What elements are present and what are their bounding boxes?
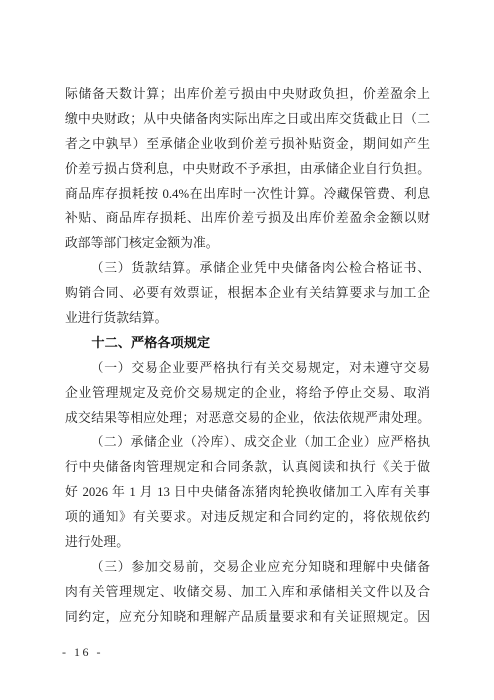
text-line: 企业管理规定及竞价交易规定的企业，将给予停止交易、取消 [65, 381, 430, 406]
text-line: （三）参加交易前，交易企业应充分知晓和理解中央储备 [65, 555, 430, 580]
text-line: （三）货款结算。承储企业凭中央储备肉公检合格证书、 [65, 256, 430, 281]
text-line: 者之中孰早）至承储企业收到价差亏损补贴资金，期间如产生 [65, 132, 430, 157]
text-block: 际储备天数计算；出库价差亏损由中央财政负担，价差盈余上缴中央财政；从中央储备肉实… [65, 82, 430, 630]
text-line: 行中央储备肉管理规定和合同条款，认真阅读和执行《关于做 [65, 455, 430, 480]
text-line: 同约定，应充分知晓和理解产品质量要求和有关证照规定。因 [65, 605, 430, 630]
text-line: 际储备天数计算；出库价差亏损由中央财政负担，价差盈余上 [65, 82, 430, 107]
text-line: 成交结果等相应处理；对恶意交易的企业，依法依规严肃处理。 [65, 406, 430, 431]
text-line: 进行处理。 [65, 530, 430, 555]
text-line: （二）承储企业（冷库）、成交企业（加工企业）应严格执 [65, 430, 430, 455]
text-line: 价差亏损占贷利息，中央财政不予承担，由承储企业自行负担。 [65, 157, 430, 182]
text-line: 好 2026 年 1 月 13 日中央储备冻猪肉轮换收储加工入库有关事 [65, 480, 430, 505]
section-heading: 十二、严格各项规定 [65, 331, 430, 356]
text-line: 商品库存损耗按 0.4%在出库时一次性计算。冷藏保管费、利息 [65, 182, 430, 207]
text-line: 政部等部门核定金额为准。 [65, 231, 430, 256]
text-line: 业进行货款结算。 [65, 306, 430, 331]
page-number: - 16 - [62, 645, 103, 660]
text-line: 项的通知》有关要求。对违反规定和合同约定的，将依规依约 [65, 505, 430, 530]
text-line: 购销合同、必要有效票证，根据本企业有关结算要求与加工企 [65, 281, 430, 306]
text-line: （一）交易企业要严格执行有关交易规定，对未遵守交易 [65, 356, 430, 381]
text-line: 缴中央财政；从中央储备肉实际出库之日或出库交货截止日（二 [65, 107, 430, 132]
text-line: 补贴、商品库存损耗、出库价差亏损及出库价差盈余金额以财 [65, 206, 430, 231]
text-line: 肉有关管理规定、收储交易、加工入库和承储相关文件以及合 [65, 580, 430, 605]
document-page: 际储备天数计算；出库价差亏损由中央财政负担，价差盈余上缴中央财政；从中央储备肉实… [0, 0, 494, 700]
